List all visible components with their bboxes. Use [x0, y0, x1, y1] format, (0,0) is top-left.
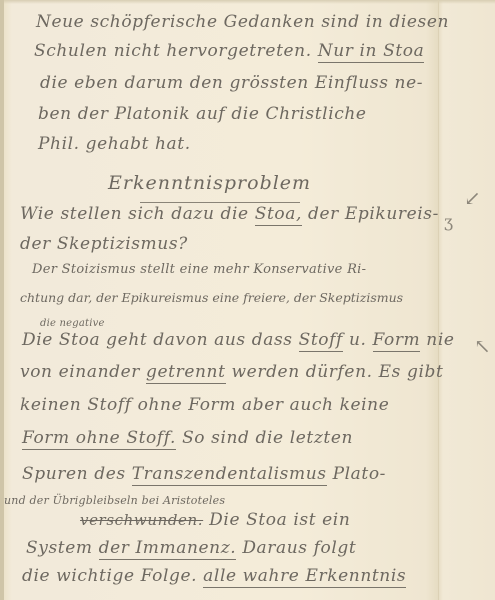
text-line-1: Neue schöpferische Gedanken sind in dies…: [36, 12, 449, 32]
line-text: Die Stoa geht davon aus dass: [22, 330, 293, 350]
text-line-17: System der Immanenz. Daraus folgt: [26, 538, 356, 558]
underlined-text: Stoff: [299, 330, 343, 352]
line-text: die eben darum den grössten: [40, 73, 309, 93]
line-text: Einfluss ne-: [315, 73, 423, 93]
underlined-text: getrennt: [146, 362, 226, 384]
text-line-15: Spuren des Transzendentalismus Plato-: [22, 464, 386, 484]
line-text: werden dürfen. Es gibt: [232, 362, 444, 382]
line-text: keinen Stoff ohne Form aber auch keine: [20, 395, 389, 415]
margin-arrow-icon: ↖: [474, 334, 491, 358]
text-line-4: ben der Platonik auf die Christliche: [38, 104, 367, 124]
underlined-text: Form ohne Stoff.: [22, 428, 176, 450]
line-text: die wichtige Folge.: [22, 566, 197, 586]
underlined-text: Nur in Stoa: [318, 41, 425, 63]
struck-text: verschwunden.: [80, 511, 203, 529]
line-text: Daraus folgt: [242, 538, 356, 558]
text-line-18: die wichtige Folge. alle wahre Erkenntni…: [22, 566, 406, 586]
line-text: ben der Platonik auf die Christliche: [38, 104, 367, 124]
underlined-text: Stoa,: [255, 204, 302, 226]
underlined-text: alle wahre Erkenntnis: [203, 566, 406, 588]
heading-text: Erkenntnisproblem: [108, 172, 311, 194]
text-line-16: verschwunden. Die Stoa ist ein: [80, 510, 350, 530]
line-text: von einander: [20, 362, 140, 382]
page-binding-edge: [0, 0, 4, 600]
underlined-text: Form: [373, 330, 421, 352]
line-text: der Skeptizismus?: [20, 234, 188, 254]
line-text: So sind die letzten: [182, 428, 353, 448]
text-line-9: chtung dar, der Epikureismus eine freier…: [20, 290, 403, 305]
insertion-text: und der Übrigbleibseln bei Aristoteles: [4, 494, 225, 507]
text-line-12: von einander getrennt werden dürfen. Es …: [20, 362, 443, 382]
text-line-14: Form ohne Stoff. So sind die letzten: [22, 428, 353, 448]
heading-underline: [140, 202, 300, 203]
text-line-11: Die Stoa geht davon aus dass Stoff u. Fo…: [22, 330, 455, 350]
text-line-8: Der Stoizismus stellt eine mehr Konserva…: [32, 262, 366, 277]
line-text: Phil. gehabt hat.: [38, 134, 191, 154]
text-line-13: keinen Stoff ohne Form aber auch keine: [20, 395, 389, 415]
margin-bracket-icon: ʒ: [444, 212, 453, 231]
page-fold-line: [438, 0, 439, 600]
line-text: Wie stellen sich dazu die: [20, 204, 249, 224]
line-text: Plato-: [333, 464, 386, 484]
text-line-10: die negative: [40, 318, 105, 329]
line-text: nie: [426, 330, 454, 350]
text-line-6: Wie stellen sich dazu die Stoa, der Epik…: [20, 204, 439, 224]
line-text: Der Stoizismus stellt eine mehr Konserva…: [32, 262, 366, 277]
inserted-note: und der Übrigbleibseln bei Aristoteles: [4, 494, 225, 507]
text-line-3: die eben darum den grössten Einfluss ne-: [40, 73, 423, 93]
line-text: Neue schöpferische Gedanken sind in dies…: [36, 12, 449, 32]
text-line-5: Phil. gehabt hat.: [38, 134, 191, 154]
underlined-text: der Immanenz.: [99, 538, 237, 560]
line-text: System: [26, 538, 93, 558]
section-heading: Erkenntnisproblem: [108, 172, 311, 194]
line-text: u.: [349, 330, 367, 350]
underlined-text: Transzendentalismus: [132, 464, 327, 486]
text-line-7: der Skeptizismus?: [20, 234, 188, 254]
line-text: Schulen nicht hervorgetreten.: [34, 41, 312, 61]
line-text: die negative: [40, 318, 105, 329]
line-text: der Epikureis-: [308, 204, 439, 224]
page-top-edge: [0, 0, 495, 4]
manuscript-page: Neue schöpferische Gedanken sind in dies…: [0, 0, 495, 600]
line-text: Spuren des: [22, 464, 126, 484]
margin-arrow-icon: ↙: [464, 186, 481, 210]
line-text: Die Stoa ist ein: [209, 510, 350, 530]
line-text: chtung dar, der Epikureismus eine freier…: [20, 290, 403, 305]
text-line-2: Schulen nicht hervorgetreten. Nur in Sto…: [34, 41, 424, 61]
